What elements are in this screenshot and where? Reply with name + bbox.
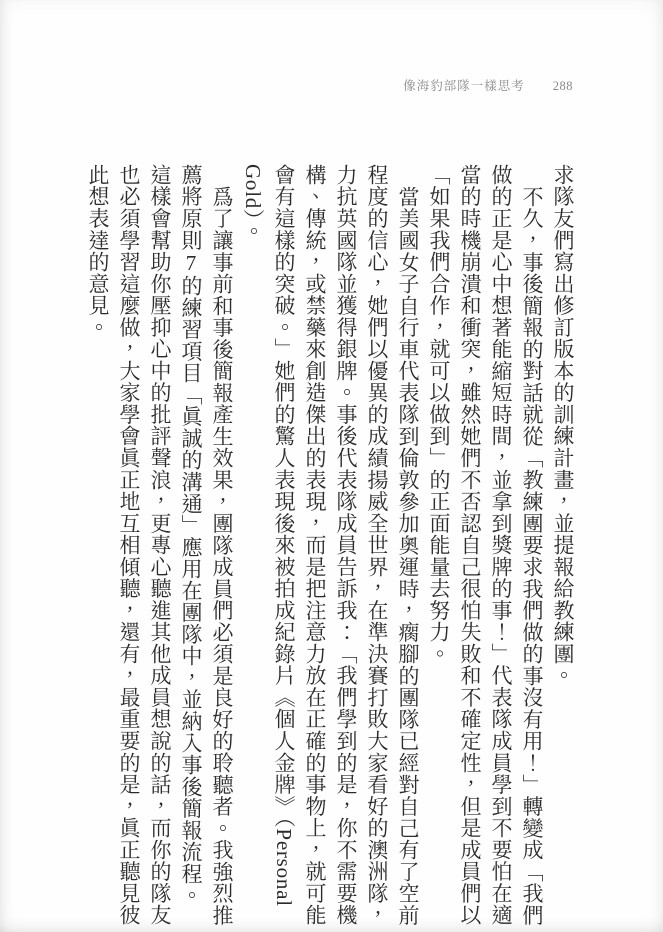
inline-digit: 7 xyxy=(179,251,203,275)
book-page: 像海豹部隊一樣思考288 求隊友們寫出修訂版本的訓練計畫，並提報給教練團。不久，… xyxy=(0,0,663,932)
paragraph: 不久，事後簡報的對話就從「教練團要求我們做的事沒有用！」轉變成「我們做的正是心中… xyxy=(423,164,547,926)
page-number: 288 xyxy=(553,79,573,93)
running-header: 像海豹部隊一樣思考288 xyxy=(403,76,573,94)
running-header-title: 像海豹部隊一樣思考 xyxy=(403,79,525,93)
paragraph: 當美國女子自行車代表隊到倫敦參加奧運時，瘸腳的團隊已經對自己有了空前程度的信心，… xyxy=(237,164,423,926)
body-text: 求隊友們寫出修訂版本的訓練計畫，並提報給教練團。不久，事後簡報的對話就從「教練團… xyxy=(82,164,578,926)
paragraph: 求隊友們寫出修訂版本的訓練計畫，並提報給教練團。 xyxy=(547,164,578,926)
paragraph: 爲了讓事前和事後簡報產生效果，團隊成員們必須是良好的聆聽者。我強烈推薦將原則7的… xyxy=(82,164,237,926)
